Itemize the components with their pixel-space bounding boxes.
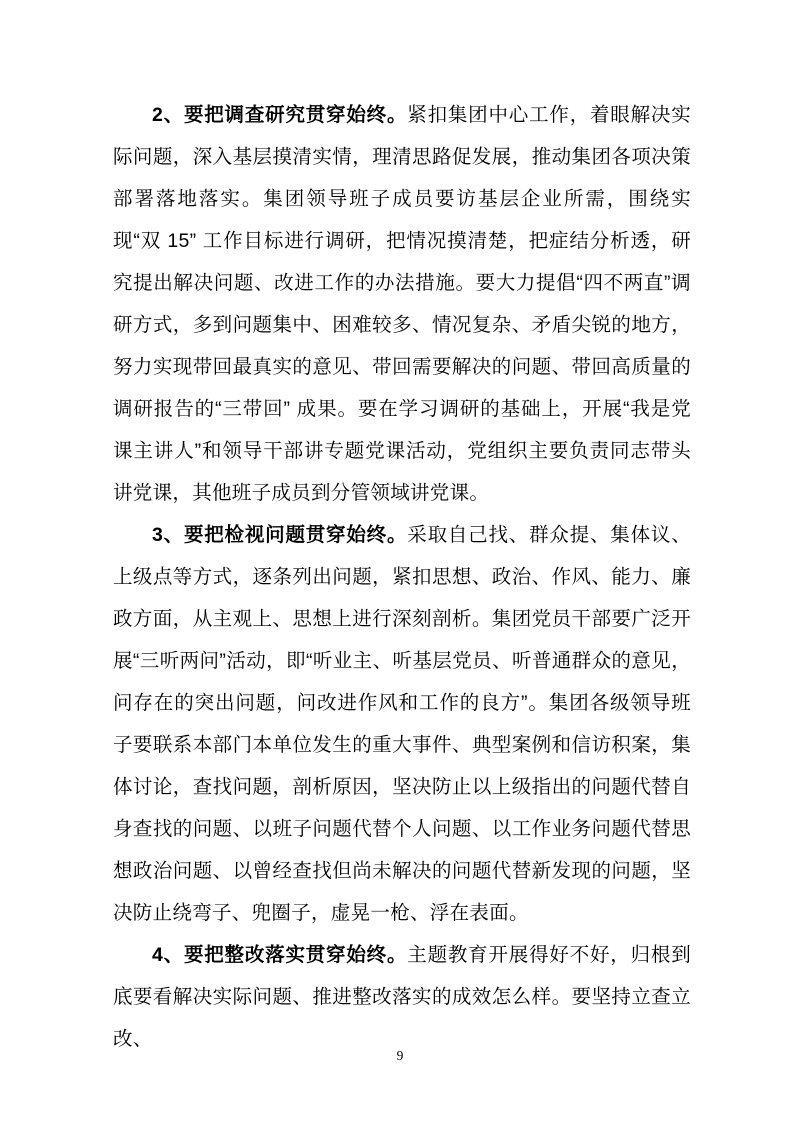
paragraph: 2、要把调查研究贯穿始终。紧扣集团中心工作，着眼解决实际问题，深入基层摸清实情，… (113, 94, 691, 514)
paragraph-lead: 2、要把调查研究贯穿始终。 (152, 104, 407, 126)
page-number: 9 (0, 1048, 800, 1064)
paragraph: 3、要把检视问题贯穿始终。采取自己找、群众提、集体议、上级点等方式，逐条列出问题… (113, 514, 691, 934)
paragraph-lead: 4、要把整改落实贯穿始终。 (152, 944, 407, 966)
paragraph-text: 采取自己找、群众提、集体议、上级点等方式，逐条列出问题，紧扣思想、政治、作风、能… (113, 524, 691, 924)
paragraph: 4、要把整改落实贯穿始终。主题教育开展得好不好，归根到底要看解决实际问题、推进整… (113, 934, 691, 1060)
paragraph-lead: 3、要把检视问题贯穿始终。 (152, 524, 407, 546)
document-page: 2、要把调查研究贯穿始终。紧扣集团中心工作，着眼解决实际问题，深入基层摸清实情，… (0, 0, 800, 1131)
paragraph-text: 紧扣集团中心工作，着眼解决实际问题，深入基层摸清实情，理清思路促发展，推动集团各… (113, 104, 691, 504)
document-body: 2、要把调查研究贯穿始终。紧扣集团中心工作，着眼解决实际问题，深入基层摸清实情，… (113, 94, 691, 1060)
